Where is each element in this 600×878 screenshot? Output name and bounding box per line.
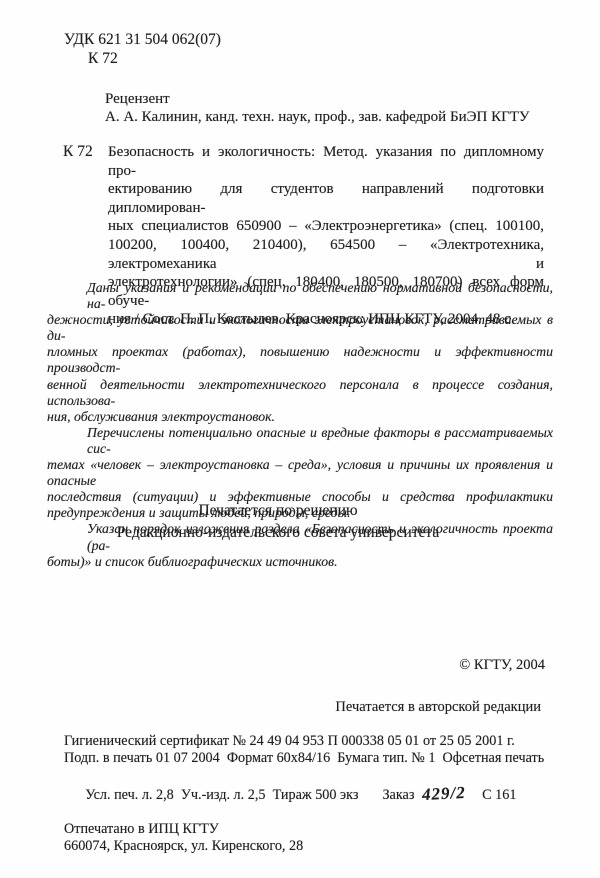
biblio-line: 100200, 100400, 210400), 654500 – «Элект… [108,236,544,273]
biblio-line: ных специалистов 650900 – «Электроэнерге… [108,217,544,236]
imprint-block: Гигиенический сертификат № 24 49 04 953 … [64,733,556,855]
annotation-line: боты)» и список библиографических источн… [47,554,553,570]
resolution-line: Редакционно-издательского совета универс… [0,522,556,544]
annotation-line: Даны указания и рекомендации по обеспече… [47,280,553,312]
reviewer-name: А. А. Калинин, канд. техн. наук, проф., … [105,109,530,127]
resolution-line: Печатается по решению [0,500,556,522]
order-label: Заказ [382,787,414,803]
reviewer-label: Рецензент [105,91,530,109]
book-author-sign: К 72 [88,50,221,69]
volume-order-line: Усл. печ. л. 2,8 Уч.-изд. л. 2,5 Тираж 5… [64,767,556,821]
copyright-notice: © КГТУ, 2004 [0,657,545,674]
biblio-line: ектированию для студентов направлений по… [108,180,544,217]
annotation-line: Перечислены потенциально опасные и вредн… [47,425,553,457]
publisher-address-line: 660074, Красноярск, ул. Киренского, 28 [64,838,556,855]
order-code: С 161 [482,787,516,803]
biblio-code: К 72 [63,143,93,161]
printed-at-line: Отпечатано в ИПЦ КГТУ [64,821,556,838]
reviewer-block: Рецензент А. А. Калинин, канд. техн. нау… [105,91,530,126]
volume-info: Усл. печ. л. 2,8 Уч.-изд. л. 2,5 Тираж 5… [85,787,358,803]
hygiene-certificate-line: Гигиенический сертификат № 24 49 04 953 … [64,733,556,750]
print-resolution-note: Печатается по решению Редакционно-издате… [0,500,556,543]
biblio-line: Безопасность и экологичность: Метод. ука… [108,143,544,180]
annotation-line: дежности, устойчивости и экологичности э… [47,312,553,344]
annotation-line: венной деятельности электротехнического … [47,377,553,409]
print-format-line: Подп. в печать 01 07 2004 Формат 60х84/1… [64,750,556,767]
annotation-line: ния, обслуживания электроустановок. [47,409,553,425]
author-edition-note: Печатается в авторской редакции [0,699,541,716]
udk-block: УДК 621 31 504 062(07) К 72 [64,31,221,68]
annotation-line: темах «человек – электроустановка – сред… [47,457,553,489]
udk-number: УДК 621 31 504 062(07) [64,31,221,50]
book-imprint-page: УДК 621 31 504 062(07) К 72 Рецензент А.… [0,0,600,878]
order-number-handwritten: 429/2 [422,783,467,802]
annotation-line: пломных проектах (работах), повышению на… [47,344,553,376]
